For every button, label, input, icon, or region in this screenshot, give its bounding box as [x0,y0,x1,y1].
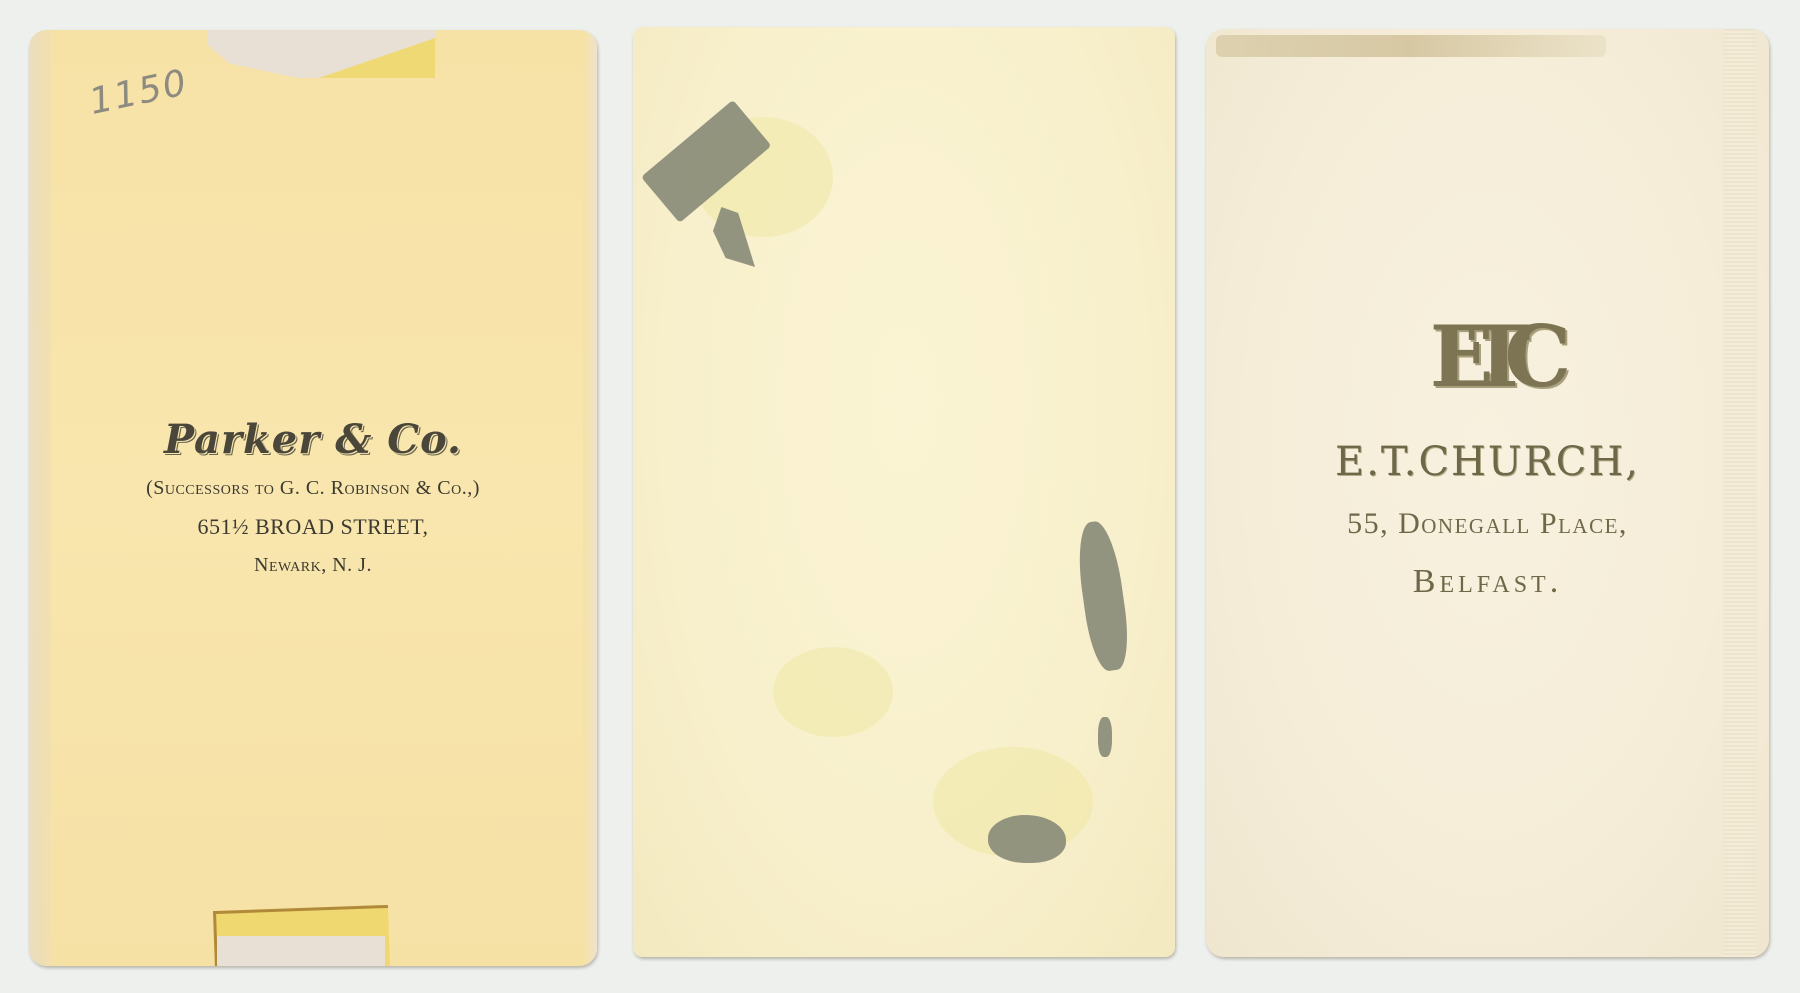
street-address: 651½ BROAD STREET, [29,514,597,540]
studio-name: E.T.CHURCH, [1206,439,1769,485]
studio-name: Parker & Co. [29,416,597,463]
studio-imprint: Parker & Co. (Successors to G. C. Robins… [29,416,597,577]
pencil-annotation: 1150 [86,62,192,123]
torn-paper-patch [217,936,385,966]
monogram: ETC [1206,307,1769,406]
glue-residue [1073,519,1133,673]
age-stain [773,647,893,737]
glue-residue [988,815,1066,863]
successor-line: (Successors to G. C. Robinson & Co.,) [29,477,597,500]
street-address: 55, Donegall Place, [1206,507,1769,541]
studio-imprint: E.T.CHURCH, 55, Donegall Place, Belfast. [1206,439,1769,601]
city-line: Belfast. [1206,563,1769,601]
card-et-church: ETC E.T.CHURCH, 55, Donegall Place, Belf… [1206,29,1769,957]
city-line: Newark, N. J. [29,554,597,577]
card-blank [633,27,1175,957]
glue-residue [1098,717,1112,757]
age-stain [1216,35,1606,57]
card-parker-and-co: 1150 Parker & Co. (Successors to G. C. R… [29,30,597,966]
monogram-letters: ETC [1430,307,1545,406]
